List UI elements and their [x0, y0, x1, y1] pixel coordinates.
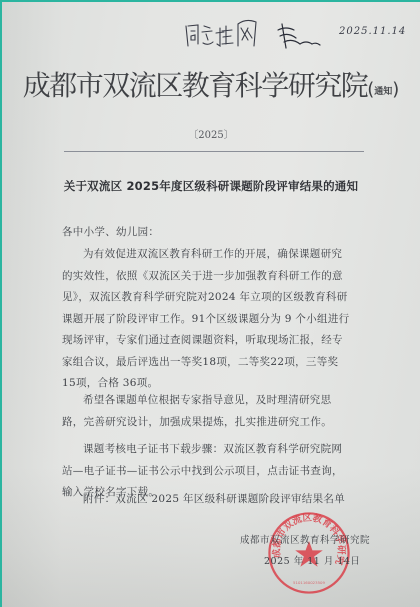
masthead-suffix: 通知 — [374, 87, 392, 97]
masthead-organization: 成都市双流区教育科学研究院 — [23, 69, 368, 102]
attachment-line: 附件：双流区 2025 年区级科研课题阶段评审结果名单 — [83, 489, 373, 511]
masthead-paren-close: ) — [392, 79, 399, 100]
handwritten-annotation: 2025.11.14 — [182, 16, 420, 56]
masthead: 成都市双流区教育科学研究院(通知) — [2, 64, 420, 104]
issuer-name: 成都市双流区教育科学研究院 — [240, 532, 370, 546]
document-page: 2025.11.14 成都市双流区教育科学研究院(通知) 〔2025〕 关于双流… — [0, 0, 420, 607]
annotation-date: 2025.11.14 — [339, 26, 406, 37]
document-title: 关于双流区 2025年度区级科研课题阶段评审结果的通知 — [2, 178, 420, 194]
document-number: 〔2025〕 — [2, 126, 420, 141]
svg-text:5101160023509: 5101160023509 — [293, 580, 325, 585]
handwritten-note-icon — [182, 16, 342, 56]
paragraph-review-results: 为有效促进双流区教育科研工作的开展，确保课题研究的实效性，依照《双流区关于进一步… — [62, 244, 352, 395]
header-divider — [64, 151, 364, 152]
salutation: 各中小学、幼儿园： — [62, 222, 352, 244]
issue-date: 2025 年 11 月 14日 — [264, 553, 360, 567]
paragraph-expectations: 希望各课题单位根据专家指导意见，及时理清研究思路，完善研究设计，加强成果提炼，扎… — [62, 390, 352, 433]
